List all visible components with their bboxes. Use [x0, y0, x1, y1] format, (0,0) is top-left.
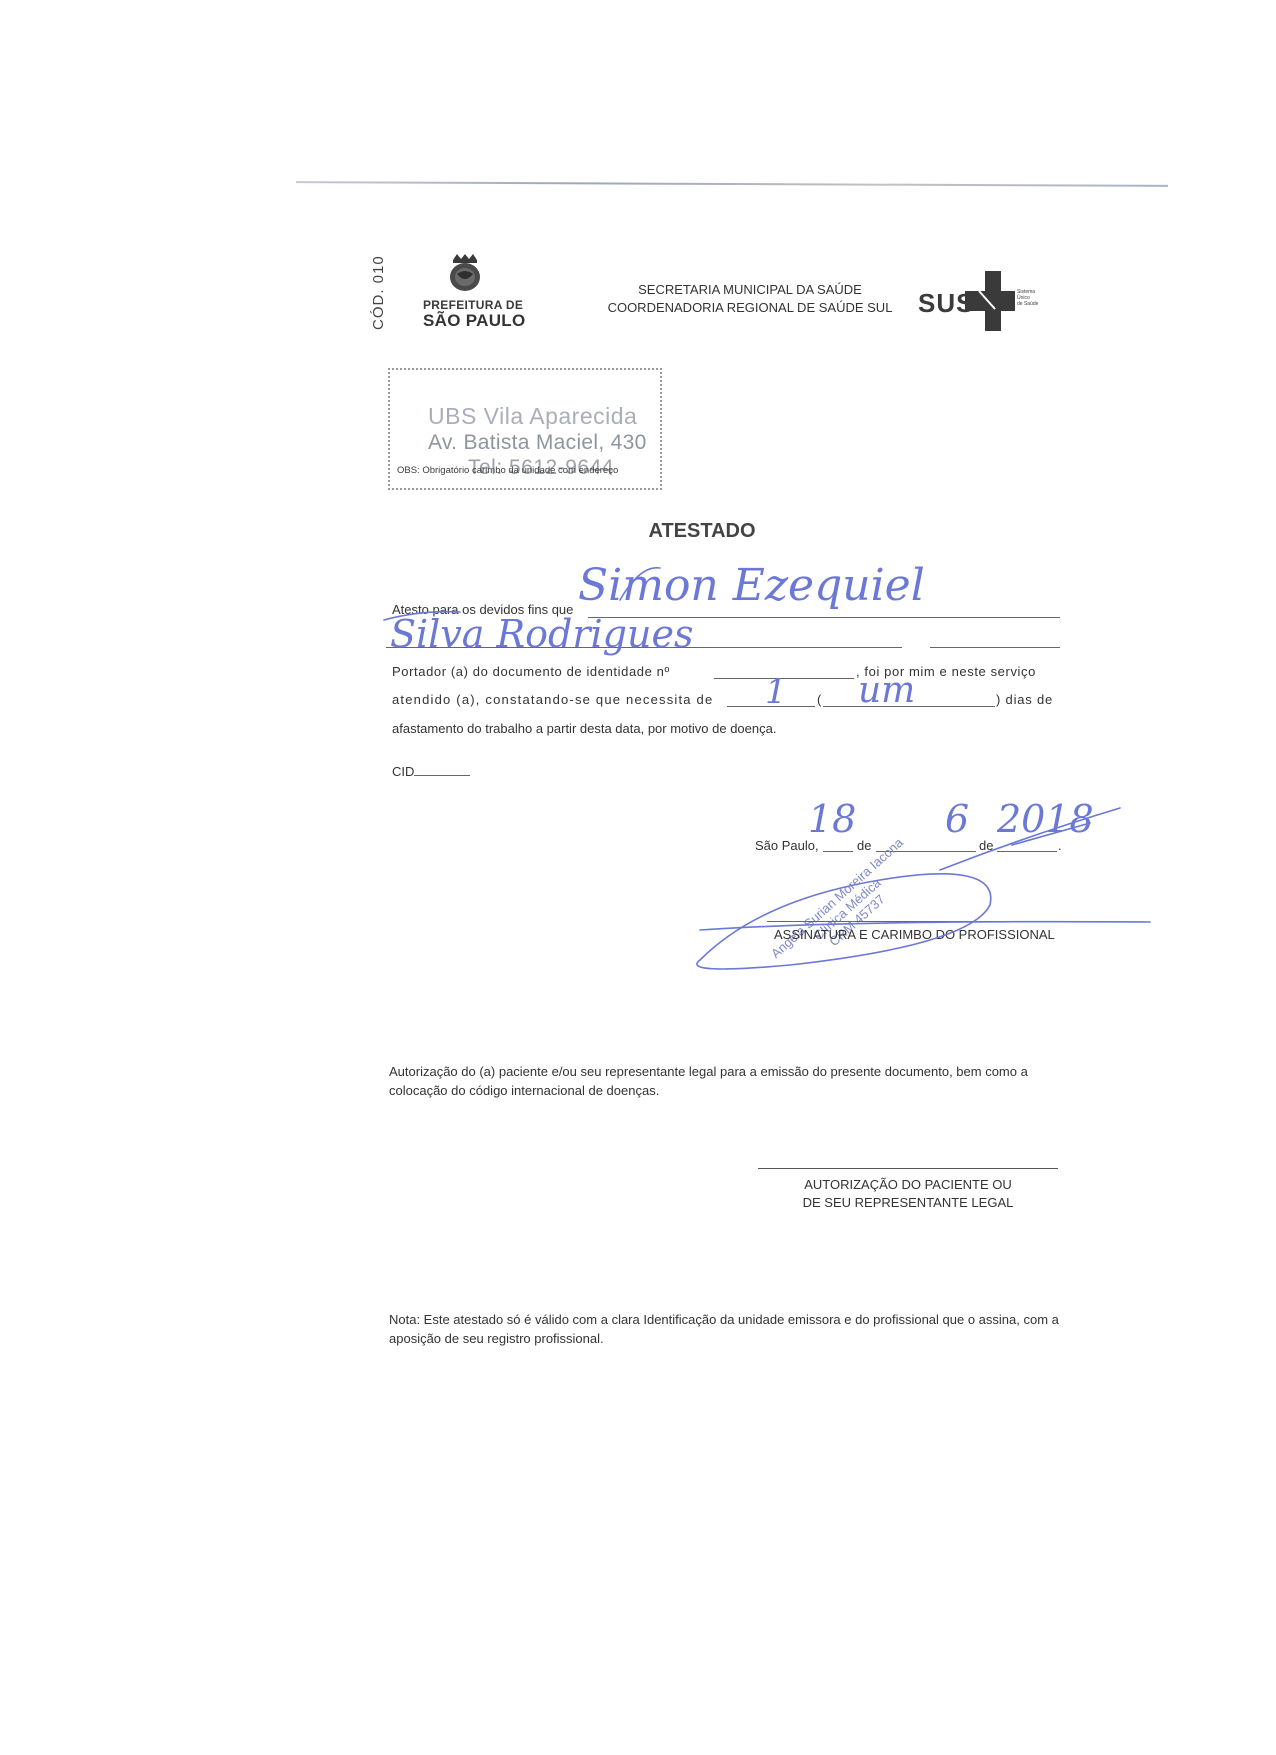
sus-subtitle: Sistema Único de Saúde — [1017, 289, 1038, 307]
patient-name-line2-rule-end — [930, 647, 1060, 648]
dias-text: ) dias de — [996, 692, 1053, 707]
authorization-signature-rule[interactable] — [758, 1168, 1058, 1169]
stamp-address: Av. Batista Maciel, 430 — [428, 431, 647, 455]
signature-label: ASSINATURA E CARIMBO DO PROFISSIONAL — [774, 927, 1055, 942]
days-number[interactable]: 1 — [765, 672, 787, 712]
cid-label: CID — [392, 764, 414, 779]
atendido-text: atendido (a), constatando-se que necessi… — [392, 692, 713, 707]
cid-field-rule[interactable] — [414, 775, 470, 776]
days-words[interactable]: um — [858, 670, 915, 711]
signature-strokes — [0, 0, 1276, 1755]
page-top-rule — [296, 181, 1168, 187]
validity-note: Nota: Este atestado só é válido com a cl… — [389, 1310, 1069, 1348]
stamp-obs-note: OBS: Obrigatório carimbo da unidade com … — [397, 465, 618, 476]
patient-name-line2[interactable]: Silva Rodrigues — [390, 612, 693, 656]
professional-stamp: Angela Surian Moreira Iacona Clínica Méd… — [768, 835, 926, 984]
document-title: ATESTADO — [0, 520, 1276, 543]
authorization-text: Autorização do (a) paciente e/ou seu rep… — [389, 1062, 1069, 1100]
date-de1: de — [857, 838, 871, 853]
authorization-signature-label: AUTORIZAÇÃO DO PACIENTE OU DE SEU REPRES… — [758, 1176, 1058, 1212]
date-month[interactable]: 6 — [945, 797, 969, 841]
prefeitura-line2: SÃO PAULO — [423, 311, 526, 331]
signature-rule — [767, 921, 1057, 922]
date-year[interactable]: 2018 — [997, 797, 1094, 841]
patient-name-line1[interactable]: Simon Ezequiel — [578, 560, 925, 611]
coordenadoria-title: COORDENADORIA REGIONAL DE SAÚDE SUL — [560, 300, 940, 315]
sus-cross-icon — [965, 271, 1025, 331]
secretaria-title: SECRETARIA MUNICIPAL DA SAÚDE — [560, 282, 940, 297]
date-day[interactable]: 18 — [808, 797, 856, 841]
afastamento-text: afastamento do trabalho a partir desta d… — [392, 721, 776, 736]
professional-specialty: Clínica Médica — [778, 846, 916, 972]
date-de2: de — [979, 838, 993, 853]
document-code: CÓD. 010 — [370, 255, 387, 330]
city-crest-icon — [448, 254, 482, 292]
date-day-rule — [823, 851, 853, 852]
date-year-rule — [997, 851, 1057, 852]
prefeitura-line1: PREFEITURA DE — [423, 298, 523, 312]
portador-text: Portador (a) do documento de identidade … — [392, 664, 670, 679]
paren-open: ( — [817, 692, 821, 707]
stamp-unit-name: UBS Vila Aparecida — [428, 403, 637, 430]
